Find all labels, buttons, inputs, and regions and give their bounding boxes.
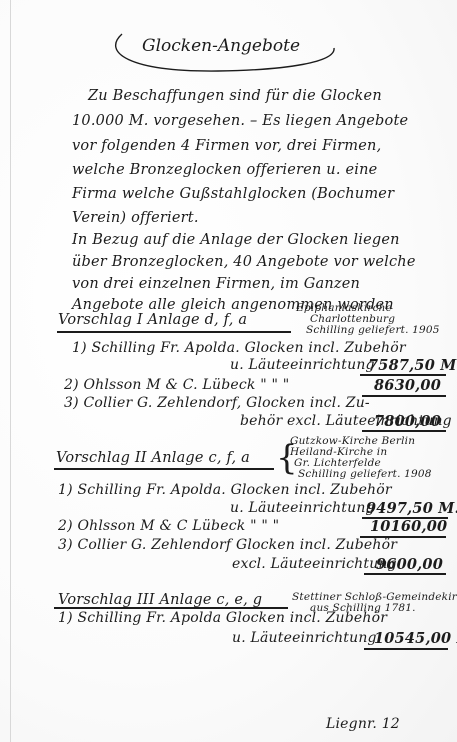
amount-underline	[364, 573, 446, 575]
intro-line: Verein) offeriert.	[72, 210, 199, 226]
document-page: Glocken-Angebote Zu Beschaffungen sind f…	[0, 0, 457, 742]
intro-line: über Bronzeglocken, 40 Angebote vor welc…	[72, 254, 416, 270]
amount-underline	[362, 430, 446, 432]
offer-1-3-amount: 7800,00	[374, 413, 441, 430]
offer-1-1: 1) Schilling Fr. Apolda. Glocken incl. Z…	[72, 340, 406, 356]
intro-line: Zu Beschaffungen sind für die Glocken	[88, 88, 382, 104]
page-edge-line	[10, 0, 11, 742]
document-title: Glocken-Angebote	[142, 36, 300, 56]
intro-line: welche Bronzeglocken offerieren u. eine	[72, 162, 377, 178]
offer-1-3: 3) Collier G. Zehlendorf, Glocken incl. …	[64, 395, 370, 411]
offer-2-2: 2) Ohlsson M & C Lübeck " " "	[58, 518, 279, 534]
intro-line: In Bezug auf die Anlage der Glocken lieg…	[72, 232, 400, 248]
intro-line: Firma welche Gußstahlglocken (Bochumer	[72, 186, 394, 202]
offer-2-2-amount: 10160,00	[370, 518, 447, 535]
intro-line: 10.000 M. vorgesehen. – Es liegen Angebo…	[72, 113, 408, 129]
offer-3-1-detail: u. Läuteeinrichtung	[232, 630, 377, 646]
offer-1-1-detail: u. Läuteeinrichtung	[230, 357, 375, 373]
amount-underline	[362, 395, 446, 397]
offer-3-1: 1) Schilling Fr. Apolda Glocken incl. Zu…	[58, 610, 387, 626]
archive-mark: Liegnr. 12	[326, 716, 400, 732]
offer-2-1-detail: u. Läuteeinrichtung	[230, 500, 375, 516]
intro-line: vor folgenden 4 Firmen vor, drei Firmen,	[72, 138, 381, 154]
section-underline-3	[54, 607, 288, 609]
offer-2-3-detail: excl. Läuteeinrichtung	[232, 556, 397, 572]
offer-1-2: 2) Ohlsson M & C. Lübeck " " "	[64, 377, 289, 393]
offer-2-1: 1) Schilling Fr. Apolda. Glocken incl. Z…	[58, 482, 392, 498]
section-underline-2	[54, 468, 274, 470]
section-note-1: Epiphaniaskirche Charlottenburg Schillin…	[296, 303, 440, 336]
section-header-1: Vorschlag I Anlage d, f, a	[58, 312, 247, 328]
amount-underline	[360, 374, 446, 376]
section-header-3: Vorschlag III Anlage c, e, g	[58, 592, 262, 608]
section-note-2: Gutzkow-Kirche Berlin Heiland-Kirche in …	[290, 436, 432, 480]
title-block: Glocken-Angebote	[108, 28, 340, 74]
offer-3-1-amount: 10545,00 M.	[374, 630, 457, 647]
offer-2-3-amount: 9600,00	[376, 556, 443, 573]
offer-1-1-amount: 7587,50 M.	[368, 357, 457, 374]
section-header-2: Vorschlag II Anlage c, f, a	[56, 450, 250, 466]
section-underline-1	[57, 331, 291, 333]
offer-2-1-amount: 9497,50 M.	[366, 500, 457, 517]
amount-underline	[364, 648, 448, 650]
intro-line: von drei einzelnen Firmen, im Ganzen	[72, 276, 360, 292]
offer-1-2-amount: 8630,00	[374, 377, 441, 394]
offer-2-3: 3) Collier G. Zehlendorf Glocken incl. Z…	[58, 537, 397, 553]
